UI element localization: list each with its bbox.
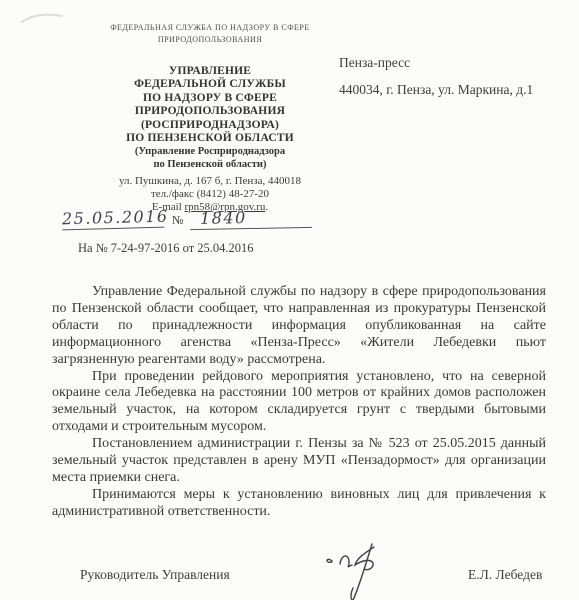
signature-scribble-icon (320, 541, 392, 600)
department-subtitle: (Управление Росприроднадзора по Пензенск… (42, 145, 378, 171)
department-line: ФЕДЕРАЛЬНОЙ СЛУЖБЫ (42, 78, 378, 91)
phone-fax: тел./факс (8412) 48-27-20 (42, 188, 378, 201)
postal-address: ул. Пушкина, д. 167 б, г. Пенза, 440018 (42, 175, 378, 188)
date-number-row: 25.05.2016 № 1840 (58, 208, 318, 234)
body-paragraph: Постановлением администрации г. Пензы за… (52, 436, 546, 487)
agency-name-line2: ПРИРОДОПОЛЬЗОВАНИЯ (42, 34, 378, 46)
department-subtitle-line: (Управление Росприроднадзора (42, 145, 378, 158)
reference-line: На № 7-24-97-2016 от 25.04.2016 (78, 241, 254, 256)
department-line: ПРИРОДОПОЛЬЗОВАНИЯ (42, 105, 378, 118)
handwritten-date: 25.05.2016 (62, 207, 165, 231)
recipient-name: Пенза-пресс (339, 49, 533, 76)
recipient-block: Пенза-пресс 440034, г. Пенза, ул. Маркин… (339, 49, 533, 103)
department-line: ПО НАДЗОРУ В СФЕРЕ (42, 92, 378, 105)
recipient-address: 440034, г. Пенза, ул. Маркина, д.1 (339, 76, 533, 103)
body-paragraph: Управление Федеральной службы по надзору… (52, 284, 546, 369)
letter-body: Управление Федеральной службы по надзору… (52, 284, 546, 521)
body-paragraph: Принимаются меры к установлению виновных… (52, 487, 546, 521)
department-line: УПРАВЛЕНИЕ (42, 65, 378, 78)
agency-name-line1: ФЕДЕРАЛЬНАЯ СЛУЖБА ПО НАДЗОРУ В СФЕРЕ (42, 22, 378, 34)
number-sign: № (172, 213, 183, 228)
department-name: УПРАВЛЕНИЕ ФЕДЕРАЛЬНОЙ СЛУЖБЫ ПО НАДЗОРУ… (42, 65, 378, 145)
body-paragraph: При проведении рейдового мероприятия уст… (52, 369, 546, 437)
document-page: ФЕДЕРАЛЬНАЯ СЛУЖБА ПО НАДЗОРУ В СФЕРЕ ПР… (0, 0, 579, 600)
department-subtitle-line: по Пензенской области) (42, 158, 378, 171)
agency-name: ФЕДЕРАЛЬНАЯ СЛУЖБА ПО НАДЗОРУ В СФЕРЕ ПР… (42, 22, 378, 46)
department-line: ПО ПЕНЗЕНСКОЙ ОБЛАСТИ (42, 132, 378, 145)
handwritten-number: 1840 (190, 207, 312, 230)
signer-name: Е.Л. Лебедев (468, 567, 542, 583)
department-line: (РОСПРИРОДНАДЗОРА) (42, 119, 378, 132)
signer-position: Руководитель Управления (80, 567, 230, 583)
